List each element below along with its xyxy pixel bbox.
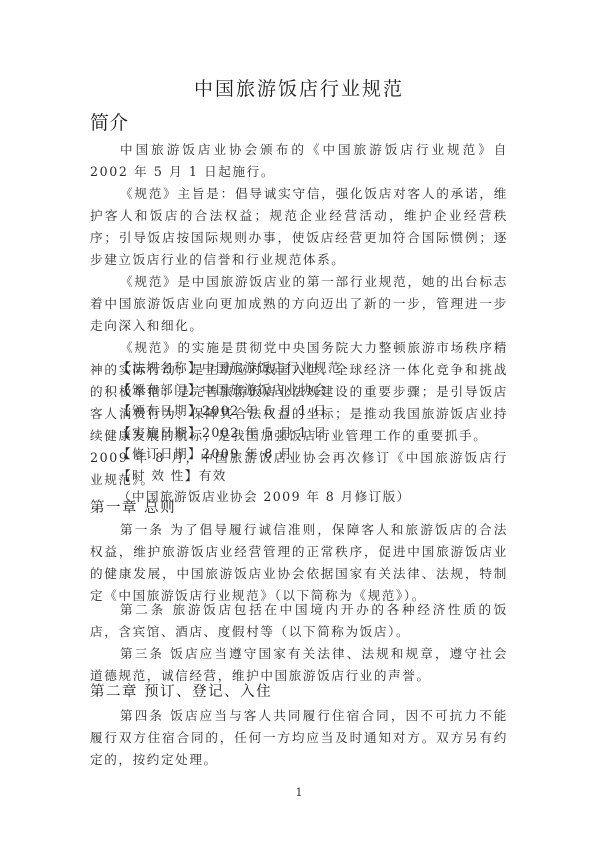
intro-heading: 简介 [90, 108, 128, 135]
metadata-label: 【颁布部门】 [118, 382, 202, 397]
metadata-label: 【颁布日期】 [118, 403, 202, 418]
chapter-1-article-1: 第一条 为了倡导履行诚信准则，保障客人和旅游饭店的合法权益，维护旅游饭店业经营管… [90, 519, 508, 607]
metadata-row: 【法规名称】中国旅游饭店行业规范 [118, 357, 411, 379]
metadata-value: 中国旅游饭店行业规范 [202, 360, 342, 375]
metadata-row: 【颁布部门】中国旅游饭店业协会 [118, 379, 411, 401]
metadata-row: 【颁布日期】2002 年 5 月 1 日 [118, 400, 411, 422]
document-title: 中国旅游饭店行业规范 [90, 74, 508, 101]
metadata-label: 【时 效 性】 [118, 468, 199, 483]
article: 第二条 旅游饭店包括在中国境内开办的各种经济性质的饭店，含宾馆、酒店、度假村等（… [90, 599, 508, 643]
article: 第一条 为了倡导履行诚信准则，保障客人和旅游饭店的合法权益，维护旅游饭店业经营管… [90, 519, 508, 607]
intro-paragraph: 中国旅游饭店业协会颁布的《中国旅游饭店行业规范》自 2002 年 5 月 1 日… [90, 139, 508, 183]
metadata-label: 【修订日期】 [118, 446, 202, 461]
metadata-value: 有效 [199, 468, 227, 483]
chapter-1-heading: 第一章 总则 [90, 496, 176, 517]
metadata-list: 【法规名称】中国旅游饭店行业规范 【颁布部门】中国旅游饭店业协会 【颁布日期】2… [118, 357, 411, 508]
metadata-label: 【实施日期】 [118, 425, 202, 440]
metadata-value: 2009 年 8 月 [202, 446, 293, 461]
intro-paragraph: 《规范》是中国旅游饭店业的第一部行业规范，她的出台标志着中国旅游饭店业向更加成熟… [90, 271, 508, 337]
chapter-2-heading: 第二章 预订、登记、入住 [90, 680, 272, 701]
page-number: 1 [90, 786, 508, 799]
metadata-row: 【时 效 性】有效 [118, 465, 411, 487]
intro-paragraph: 《规范》主旨是：倡导诚实守信，强化饭店对客人的承诺，维护客人和饭店的合法权益；规… [90, 183, 508, 271]
metadata-label: 【法规名称】 [118, 360, 202, 375]
metadata-row: 【修订日期】2009 年 8 月 [118, 443, 411, 465]
metadata-value: 中国旅游饭店业协会 [202, 382, 328, 397]
chapter-2-articles: 第四条 饭店应当与客人共同履行住宿合同，因不可抗力不能履行双方住宿合同的，任何一… [90, 705, 508, 771]
metadata-value: 2002 年 5 月 1 日 [202, 403, 327, 418]
article: 第四条 饭店应当与客人共同履行住宿合同，因不可抗力不能履行双方住宿合同的，任何一… [90, 705, 508, 771]
chapter-1-articles: 第二条 旅游饭店包括在中国境内开办的各种经济性质的饭店，含宾馆、酒店、度假村等（… [90, 599, 508, 687]
metadata-row: 【实施日期】2002 年 5 月 1 日 [118, 422, 411, 444]
metadata-value: 2002 年 5 月 1 日 [202, 425, 327, 440]
